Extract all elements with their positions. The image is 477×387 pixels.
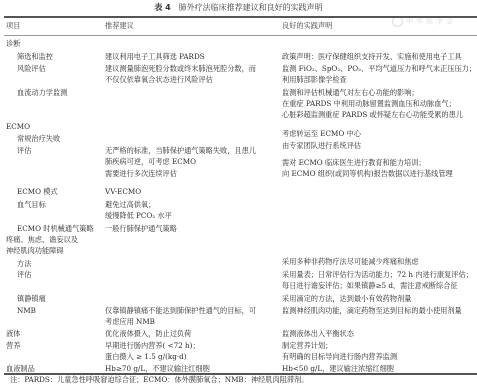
header-good-practice: 良好的实践声明 <box>282 20 332 31</box>
row-gps: 利用肺部影像学检查 <box>282 74 347 85</box>
row-gps: 在重症 PARDS 中利用动脉留置监测血压和动脉血气； <box>282 98 456 109</box>
row-rec: 需要进行多次连续评估 <box>105 168 177 179</box>
header-item: 项目 <box>6 20 20 31</box>
row-rec: 缓慢降低 PCO₂ 水平 <box>105 210 172 221</box>
row-gps: 监测神经肌肉功能，滴定药物至达到目标的最小使用剂量 <box>282 305 462 316</box>
row-item: 镇静镇痛 <box>17 293 46 304</box>
row-gps: 采用滴定的方法，达到最小有效药物剂量 <box>282 293 411 304</box>
row-rec: 蛋白摄入 ≥ 1.5 g/(kg·d) <box>105 351 187 362</box>
table-footnote: 注：PARDS：儿童急性呼吸窘迫综合征；ECMO：体外膜肺氧合；NMB：神经肌肉… <box>10 374 308 385</box>
row-item: 评估 <box>17 145 31 156</box>
section-ecmo: ECMO <box>6 121 30 132</box>
row-gps: 每日进行谵妄评估；如果镇静≥5 d，需注意戒断综合征 <box>282 280 458 291</box>
row-rec: 无严格的标准，当肺保护通气策略失败，且患儿 <box>105 145 256 156</box>
row-gps: 监测 FiO₂、SpO₂、PO₂、平均气道压力和呼气末正压压力； <box>282 63 476 74</box>
table-caption: 表 4肺外疗法临床推荐建议和良好的实践声明 <box>0 2 477 13</box>
row-item: 营养 <box>6 340 20 351</box>
row-gps: 采用多种非药物疗法尽可能减少疼痛和焦虑 <box>282 256 419 267</box>
watermark: 中华医学会 <box>392 16 456 28</box>
row-rec: 优化液体摄入，防止过负荷 <box>105 328 191 339</box>
top-rule <box>4 16 477 18</box>
row-gps: 考虑转运至 ECMO 中心 <box>282 128 361 139</box>
section-pain: 疼痛、焦虑、谵妄以及 <box>6 234 78 245</box>
row-item: 血气目标 <box>17 199 46 210</box>
row-gps: 制定营养计划； <box>282 340 332 351</box>
seal-icon <box>392 16 403 27</box>
row-gps: 政策声明：医疗保健组织支持开发、实施和使用电子工具 <box>282 51 462 62</box>
row-rec: 早期进行肠内营养( <72 h)； <box>105 340 200 351</box>
row-item: ECMO 模式 <box>17 186 58 197</box>
row-rec: 避免过高供氧； <box>105 199 155 210</box>
table-number: 表 4 <box>154 3 170 12</box>
row-item: 筛选和监控 <box>17 51 53 62</box>
row-gps: 有明确的目标导向进行肠内营养监测 <box>282 351 397 362</box>
row-rec: 考虑应用 NMB <box>105 316 155 327</box>
row-gps: 需对 ECMO 临床医生进行教育和能力培训； <box>282 157 426 168</box>
row-gps: 心脏彩超监测重症 PARDS 或怀疑左右心功能受累的患儿 <box>282 109 463 120</box>
header-rule <box>4 35 477 36</box>
row-rec: VV-ECMO <box>105 186 141 197</box>
row-rec: 仅靠镇静镇痛不能达到肺保护性通气的目标，可 <box>105 305 256 316</box>
row-item: 评估 <box>17 269 31 280</box>
section-pain: 神经肌肉功能障碍 <box>6 245 64 256</box>
row-gps: 由专家团队进行系统评估 <box>282 140 361 151</box>
row-rec: 建议利用电子工具筛选 PARDS <box>105 51 205 62</box>
row-gps: 监测液体出入平衡状态 <box>282 328 354 339</box>
row-rec: 肺疾病可逆，可考虑 ECMO <box>105 156 196 167</box>
table-title: 肺外疗法临床推荐建议和良好的实践声明 <box>179 3 323 12</box>
section-diagnosis: 诊断 <box>6 38 20 49</box>
row-item: 液体 <box>6 328 20 339</box>
row-item: ECMO 时机械通气策略 <box>17 223 94 234</box>
row-item: 方法 <box>17 258 31 269</box>
row-item: 常规治疗失败 <box>17 133 60 144</box>
row-gps: 向 ECMO 组织(或同等机构)报告数据以进行基线管理 <box>282 168 453 179</box>
row-rec: 建议测量肺泡死腔分数或终末肺泡死腔分数，而 <box>105 63 256 74</box>
row-item: 血流动力学监测 <box>17 87 67 98</box>
row-rec: 不仅仅依靠氧合状态进行风险评估 <box>105 74 213 85</box>
row-gps: 监测和评估机械通气对左右心功能的影响； <box>282 87 419 98</box>
row-item: NMB <box>17 305 36 316</box>
row-item: 风险评估 <box>17 63 46 74</box>
row-rec: 一般行肺保护通气策略 <box>105 223 177 234</box>
row-gps: 采用量表；日常评估行为活动能力；72 h 内进行康复评估； <box>282 269 473 280</box>
header-recommendation: 推荐建议 <box>105 20 134 31</box>
